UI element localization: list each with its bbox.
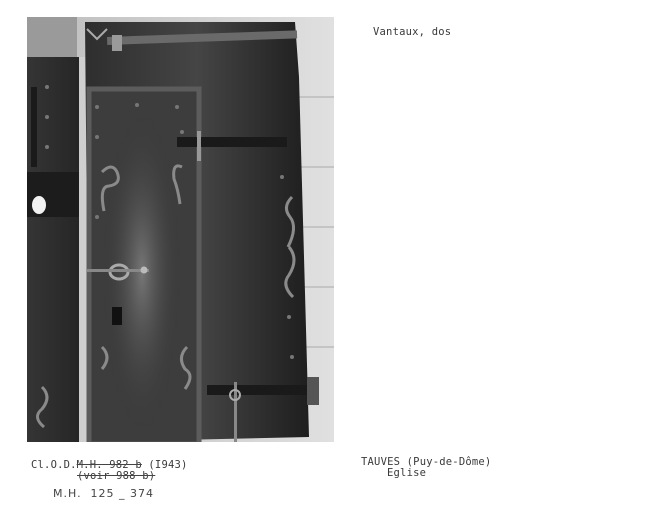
door-photo-illustration xyxy=(27,17,334,442)
classification-prefix: Cl.O.D. xyxy=(31,459,77,471)
see-also-reference: (voir 988 b) xyxy=(77,470,155,482)
photo-title-caption: Vantaux, dos xyxy=(373,26,451,38)
handwritten-reference: M.H. 125 _ 374 xyxy=(53,487,154,500)
building-caption: Eglise xyxy=(387,467,426,479)
location-caption: TAUVES (Puy-de-Dôme) xyxy=(361,456,491,468)
door-photograph xyxy=(27,17,334,442)
